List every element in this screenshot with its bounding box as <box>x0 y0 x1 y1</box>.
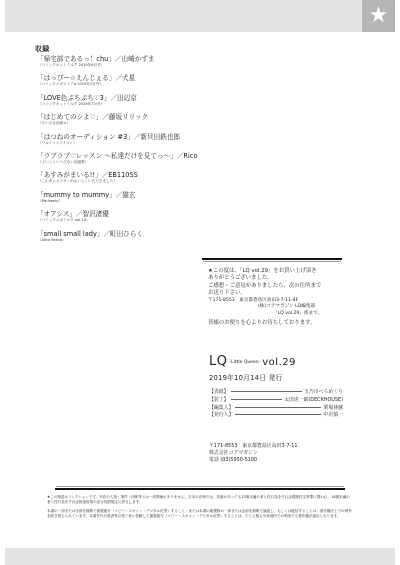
contents-entry: 「はっぴー☆えんじぇる」／犬星 （コミックメガストアα 2019年7月号） <box>37 74 237 93</box>
entry-title: 「はじめてのシよ♡」／藤坂リリック <box>37 113 237 121</box>
legal-paragraph: ★この物語はフィクションです。実在の人物・事件・団体等とは一切関係がありません。… <box>47 495 352 505</box>
entry-source: （ワルイコトイイコト） <box>38 141 237 146</box>
credit-row: 【表紙】 玉乃川べろめくり <box>209 388 343 396</box>
contents-list: 「帰宅部であるっ！chu」／山崎かずま （コミックホットミルク 2019年6月号… <box>37 55 237 249</box>
contents-entry: 「あすみがまいる!!」／EB110SS （このあとオジサンがおいしくいただきまし… <box>37 171 237 190</box>
reader-closing: 皆様のお便りを心よりお待ちしております。 <box>208 320 398 327</box>
entry-title: 「mummy to mummy」／猫玄 <box>37 191 237 199</box>
star-badge: ★ <box>362 0 395 32</box>
entry-title: 「帰宅部であるっ！chu」／山崎かずま <box>37 55 237 63</box>
entry-title: 「small small lady」／町田ひらく <box>37 230 237 238</box>
entry-source: （コミックメガストアα 2019年7月号） <box>38 82 237 87</box>
entry-source: （コミックホットミルク 2019年7月号） <box>38 102 237 107</box>
entry-source: （ちいさな計画ロ） <box>38 121 237 126</box>
entry-source: （よいこというだない出版集） <box>38 160 237 165</box>
credit-row: 【編集人】 栗場林蘇 <box>209 403 343 411</box>
footer-bar <box>5 548 395 565</box>
credit-leader-line <box>231 391 302 392</box>
entry-title: 「ラブラブ♡レッスン ～私達だけを見てっ～」／Rico <box>37 152 237 160</box>
credit-label: 【編集人】 <box>209 404 233 411</box>
publish-date: 2019年10月14日 発行 <box>209 372 296 382</box>
reader-note-line: ありがとうございました。 <box>208 275 398 282</box>
legal-notice: ★この物語はフィクションです。実在の人物・事件・団体等とは一切関係がありません。… <box>47 495 352 523</box>
credit-value: 栗場林蘇 <box>323 404 343 411</box>
entry-source: （コミックホットミルク 2019年6月号） <box>38 63 237 68</box>
divider-rule <box>56 486 344 487</box>
credit-leader-line <box>231 399 282 400</box>
credit-label: 【装丁】 <box>209 396 229 403</box>
contents-entry: 「オアシス」／智沢渚優 （コミックメガミルク vol.14） <box>37 210 237 229</box>
entry-title: 「はつねのオーディション #3」／新貝田鉄也郎 <box>37 133 237 141</box>
divider-rule <box>203 261 341 262</box>
credit-leader-line <box>235 407 321 408</box>
contents-entry: 「はじめてのシよ♡」／藤坂リリック （ちいさな計画ロ） <box>37 113 237 132</box>
divider-rule <box>55 488 345 490</box>
entry-source: （Alice Brand） <box>38 238 237 243</box>
reader-address: 「LQ vol.29」係まで。 <box>208 311 398 318</box>
legal-paragraph: 本書の一部または全部を無断で複製複写（コピー・スキャン・デジタル化等）すること、… <box>47 509 352 519</box>
contents-entry: 「LOVE色ぷちぷち♡3」／田辺京 （コミックホットミルク 2019年7月号） <box>37 94 237 113</box>
magazine-volume: vol.29 <box>262 357 296 368</box>
entry-source: （コミックメガミルク vol.14） <box>38 218 237 223</box>
credit-value: 玉乃川べろめくり <box>304 388 343 395</box>
credit-label: 【表紙】 <box>209 388 229 395</box>
header-bar <box>5 0 395 32</box>
credit-leader-line <box>235 414 321 415</box>
contents-heading: 収録 <box>35 44 50 54</box>
entry-source: （Pie-kaeru） <box>38 199 237 204</box>
publisher-postal: 〒171-8553 東京都豊島区高田3-7-11 <box>209 443 297 450</box>
masthead: LQ-Little Queen-vol.29 2019年10月14日 発行 <box>209 355 296 382</box>
magazine-title: LQ <box>209 354 227 369</box>
contents-entry: 「はつねのオーディション #3」／新貝田鉄也郎 （ワルイコトイイコト） <box>37 133 237 152</box>
contents-entry: 「帰宅部であるっ！chu」／山崎かずま （コミックホットミルク 2019年6月号… <box>37 55 237 74</box>
contents-entry: 「small small lady」／町田ひらく （Alice Brand） <box>37 230 237 249</box>
entry-title: 「LOVE色ぷちぷち♡3」／田辺京 <box>37 94 237 102</box>
credit-value: 太田虎一郎(DECKHOUSE) <box>284 396 343 403</box>
publisher-company: 株式会社コアマガジン <box>209 450 297 457</box>
magazine-subtitle: -Little Queen- <box>229 360 260 365</box>
credits-list: 【表紙】 玉乃川べろめくり 【装丁】 太田虎一郎(DECKHOUSE) 【編集人… <box>209 388 343 419</box>
credit-row: 【装丁】 太田虎一郎(DECKHOUSE) <box>209 396 343 404</box>
reader-note-line: お送り下さい。 <box>208 290 398 297</box>
entry-title: 「オアシス」／智沢渚優 <box>37 210 237 218</box>
entry-source: （このあとオジサンがおいしくいただきました） <box>38 179 237 184</box>
divider-rule <box>202 258 342 260</box>
reader-note: ★この度は、「LQ vol.29」をお買い上げ頂き ありがとうございました。 ご… <box>208 268 398 328</box>
credit-row: 【発行人】 中沢慎一 <box>209 411 343 419</box>
contents-entry: 「mummy to mummy」／猫玄 （Pie-kaeru） <box>37 191 237 210</box>
publisher-info: 〒171-8553 東京都豊島区高田3-7-11 株式会社コアマガジン 電話 (… <box>209 443 297 464</box>
reader-address: (株)コアマガジン LQ編集部 <box>208 304 398 311</box>
star-icon: ★ <box>369 5 389 27</box>
credit-value: 中沢慎一 <box>323 411 343 418</box>
credit-label: 【発行人】 <box>209 411 233 418</box>
publisher-phone: 電話 (03)5950-5100 <box>209 457 297 464</box>
contents-entry: 「ラブラブ♡レッスン ～私達だけを見てっ～」／Rico （よいこというだない出版… <box>37 152 237 171</box>
